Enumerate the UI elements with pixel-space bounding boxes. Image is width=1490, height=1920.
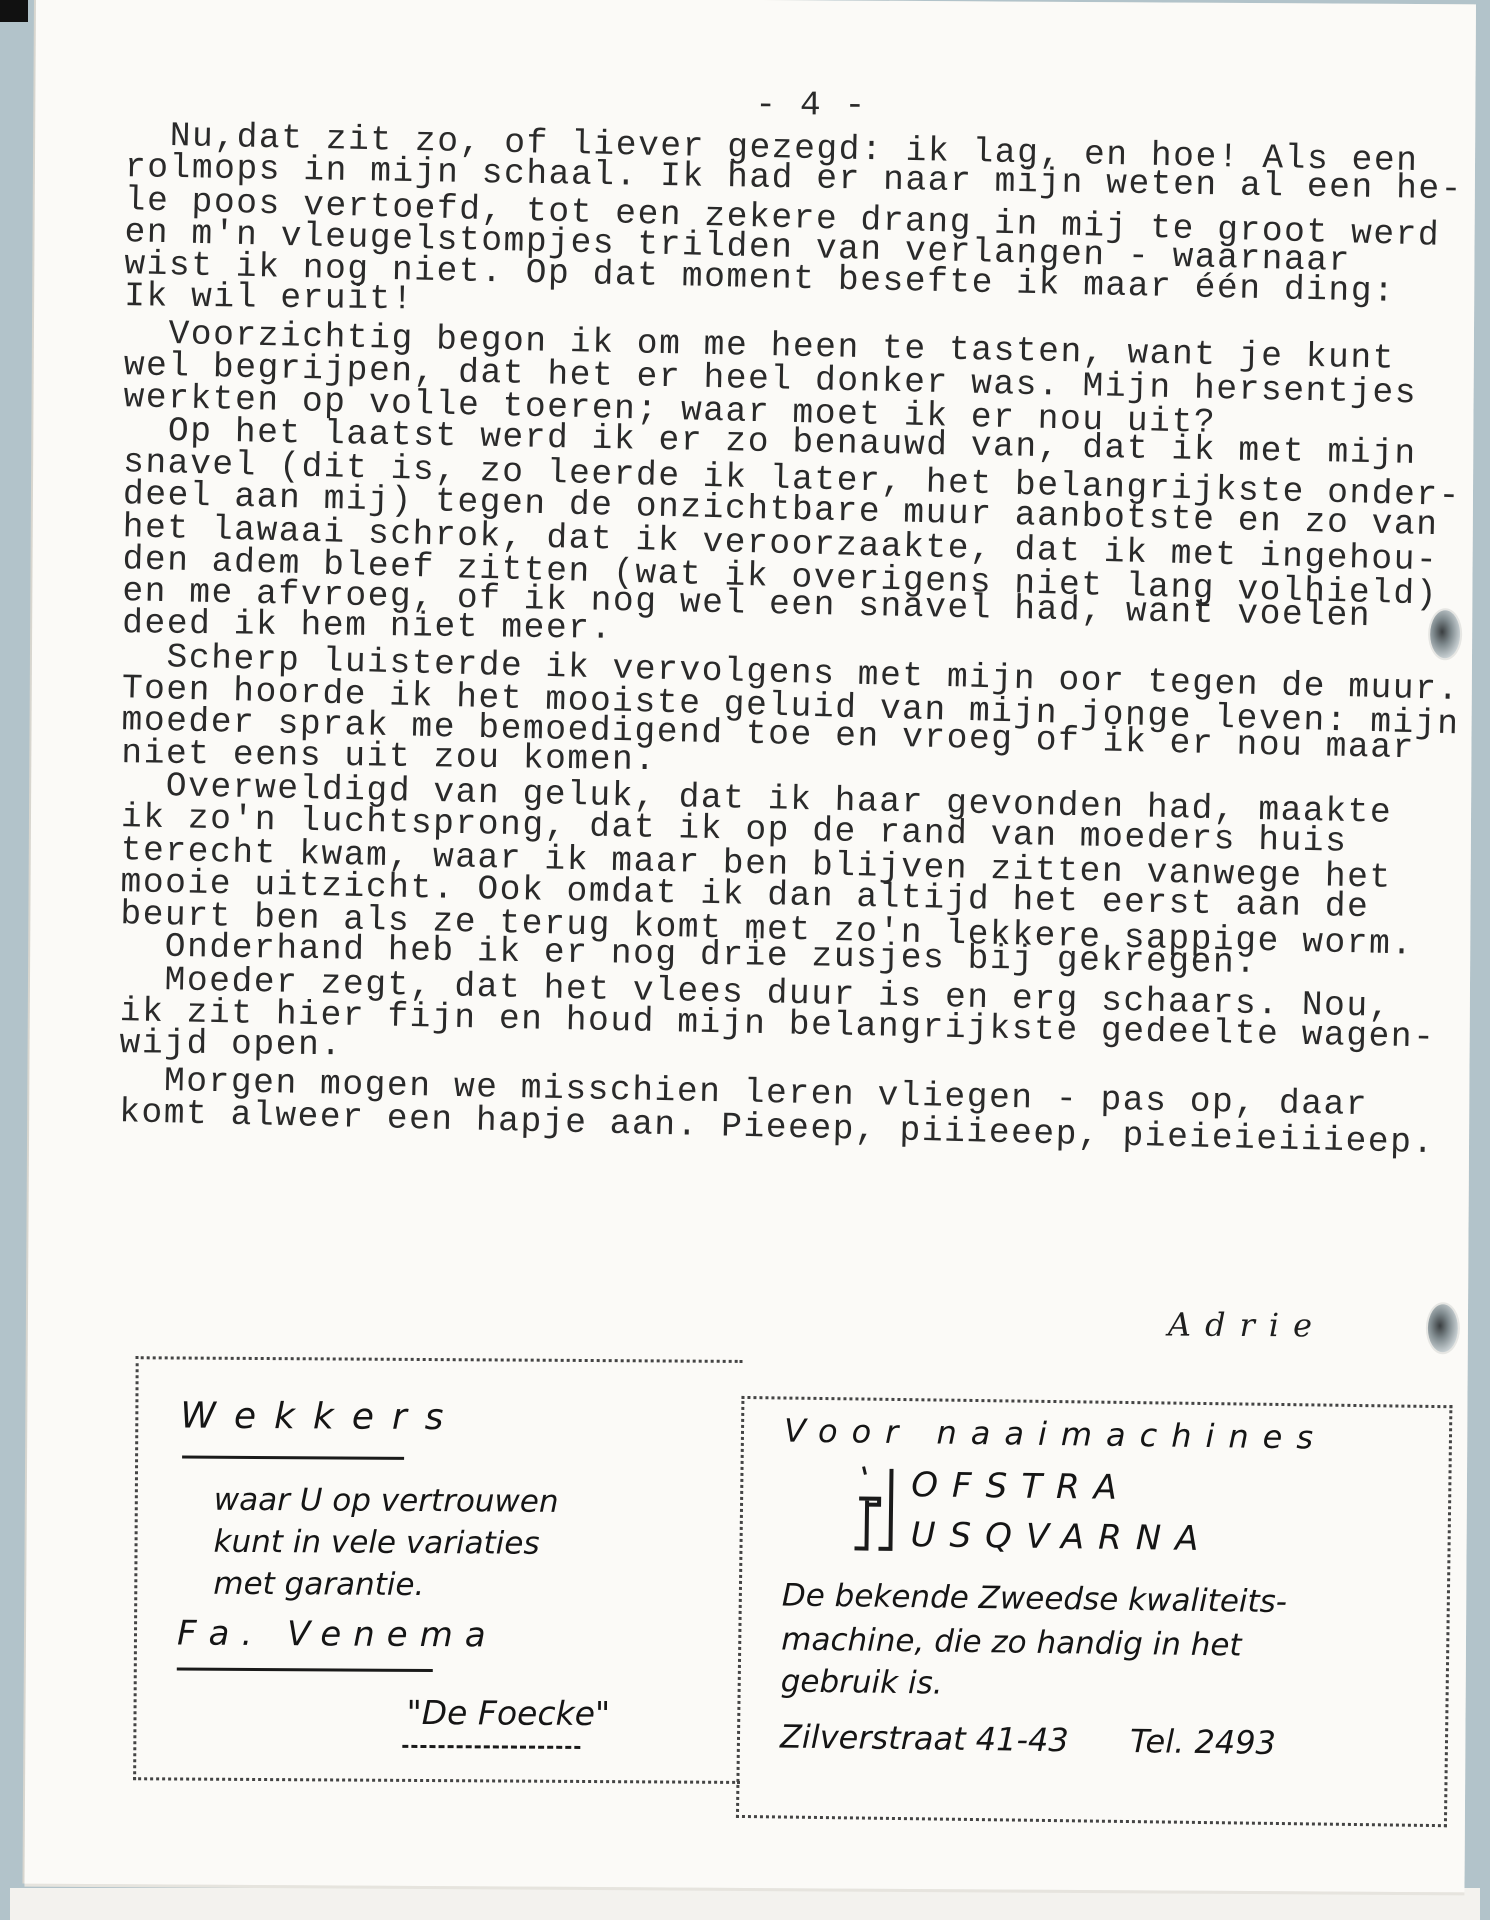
store-underline [402,1745,580,1749]
brand-line-1: OFSTRA [911,1465,1131,1508]
page-number: - 4 - [755,86,867,126]
ad-headline: Voor naaimachines [784,1411,1328,1456]
ad-wekkers: Wekkers waar U op vertrouwen kunt in vel… [133,1356,743,1784]
scan-edge [0,0,28,22]
headline-underline [182,1456,404,1460]
ad-body-line: waar U op vertrouwen [214,1482,559,1520]
ad-body-line: De bekende Zweedse kwaliteits- [782,1577,1288,1620]
punch-hole-icon [1428,1304,1458,1352]
ad-naaimachines: Voor naaimachines OFSTRA USQVARNA De bek… [736,1396,1452,1827]
company-underline [177,1667,433,1672]
advertisements: Wekkers waar U op vertrouwen kunt in vel… [133,1356,1456,1786]
ad-store-name: "De Foecke" [406,1693,610,1733]
ad-body-line: kunt in vele variaties [213,1524,539,1562]
brand-line-2: USQVARNA [910,1515,1212,1559]
document-page: - 4 - Nu,dat zit zo, of liever gezegd: i… [24,0,1476,1892]
ad-address: Zilverstraat 41-43 [780,1717,1069,1759]
ad-headline: Wekkers [180,1396,461,1439]
author-signature: Adrie [1168,1306,1326,1345]
ad-body-line: machine, die zo handig in het [781,1621,1242,1663]
punch-hole-icon [1430,610,1460,658]
story-text: Nu,dat zit zo, of liever gezegd: ik lag,… [119,120,1490,1138]
ad-body-line: gebruik is. [781,1663,943,1701]
lower-sheet-edge [10,1888,1480,1920]
ad-body-line: met garantie. [213,1566,424,1603]
ad-phone: Tel. 2493 [1130,1722,1276,1762]
double-h-logo-icon [852,1464,905,1557]
ad-company: Fa. Venema [177,1613,498,1655]
